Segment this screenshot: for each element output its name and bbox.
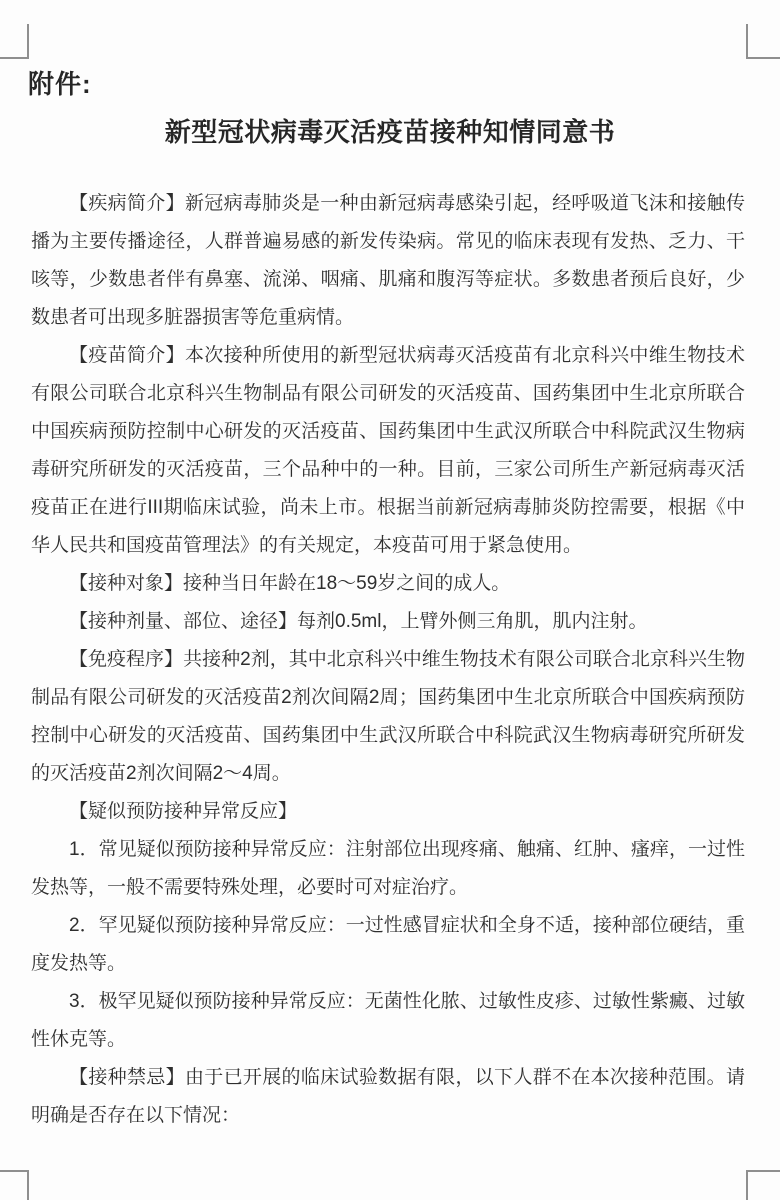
paragraph-target-population: 【接种对象】接种当日年龄在18～59岁之间的成人。 <box>31 565 745 603</box>
document-title: 新型冠状病毒灭活疫苗接种知情同意书 <box>0 112 780 149</box>
paragraph-dose-site-route: 【接种剂量、部位、途径】每剂0.5ml，上臂外侧三角肌，肌内注射。 <box>31 603 745 641</box>
crop-mark-top-left <box>0 24 29 59</box>
paragraph-contraindications: 【接种禁忌】由于已开展的临床试验数据有限，以下人群不在本次接种范围。请明确是否存… <box>31 1059 745 1135</box>
attachment-label: 附件: <box>28 64 92 101</box>
paragraph-immunization-schedule: 【免疫程序】共接种2剂，其中北京科兴中维生物技术有限公司联合北京科兴生物制品有限… <box>31 641 745 793</box>
paragraph-common-adverse-reactions: 1．常见疑似预防接种异常反应：注射部位出现疼痛、触痛、红肿、瘙痒，一过性发热等，… <box>31 831 745 907</box>
document-page: 附件: 新型冠状病毒灭活疫苗接种知情同意书 【疾病简介】新冠病毒肺炎是一种由新冠… <box>0 0 780 1200</box>
crop-mark-top-right <box>746 24 780 59</box>
crop-mark-bottom-left <box>0 1170 29 1200</box>
paragraph-rare-adverse-reactions: 2．罕见疑似预防接种异常反应：一过性感冒症状和全身不适，接种部位硬结，重度发热等… <box>31 907 745 983</box>
document-body: 【疾病简介】新冠病毒肺炎是一种由新冠病毒感染引起，经呼吸道飞沫和接触传播为主要传… <box>31 185 745 1135</box>
paragraph-very-rare-adverse-reactions: 3．极罕见疑似预防接种异常反应：无菌性化脓、过敏性皮疹、过敏性紫癜、过敏性休克等… <box>31 983 745 1059</box>
heading-suspected-adverse-reactions: 【疑似预防接种异常反应】 <box>31 793 745 831</box>
paragraph-vaccine-intro: 【疫苗简介】本次接种所使用的新型冠状病毒灭活疫苗有北京科兴中维生物技术有限公司联… <box>31 337 745 565</box>
paragraph-disease-intro: 【疾病简介】新冠病毒肺炎是一种由新冠病毒感染引起，经呼吸道飞沫和接触传播为主要传… <box>31 185 745 337</box>
crop-mark-bottom-right <box>746 1170 780 1200</box>
